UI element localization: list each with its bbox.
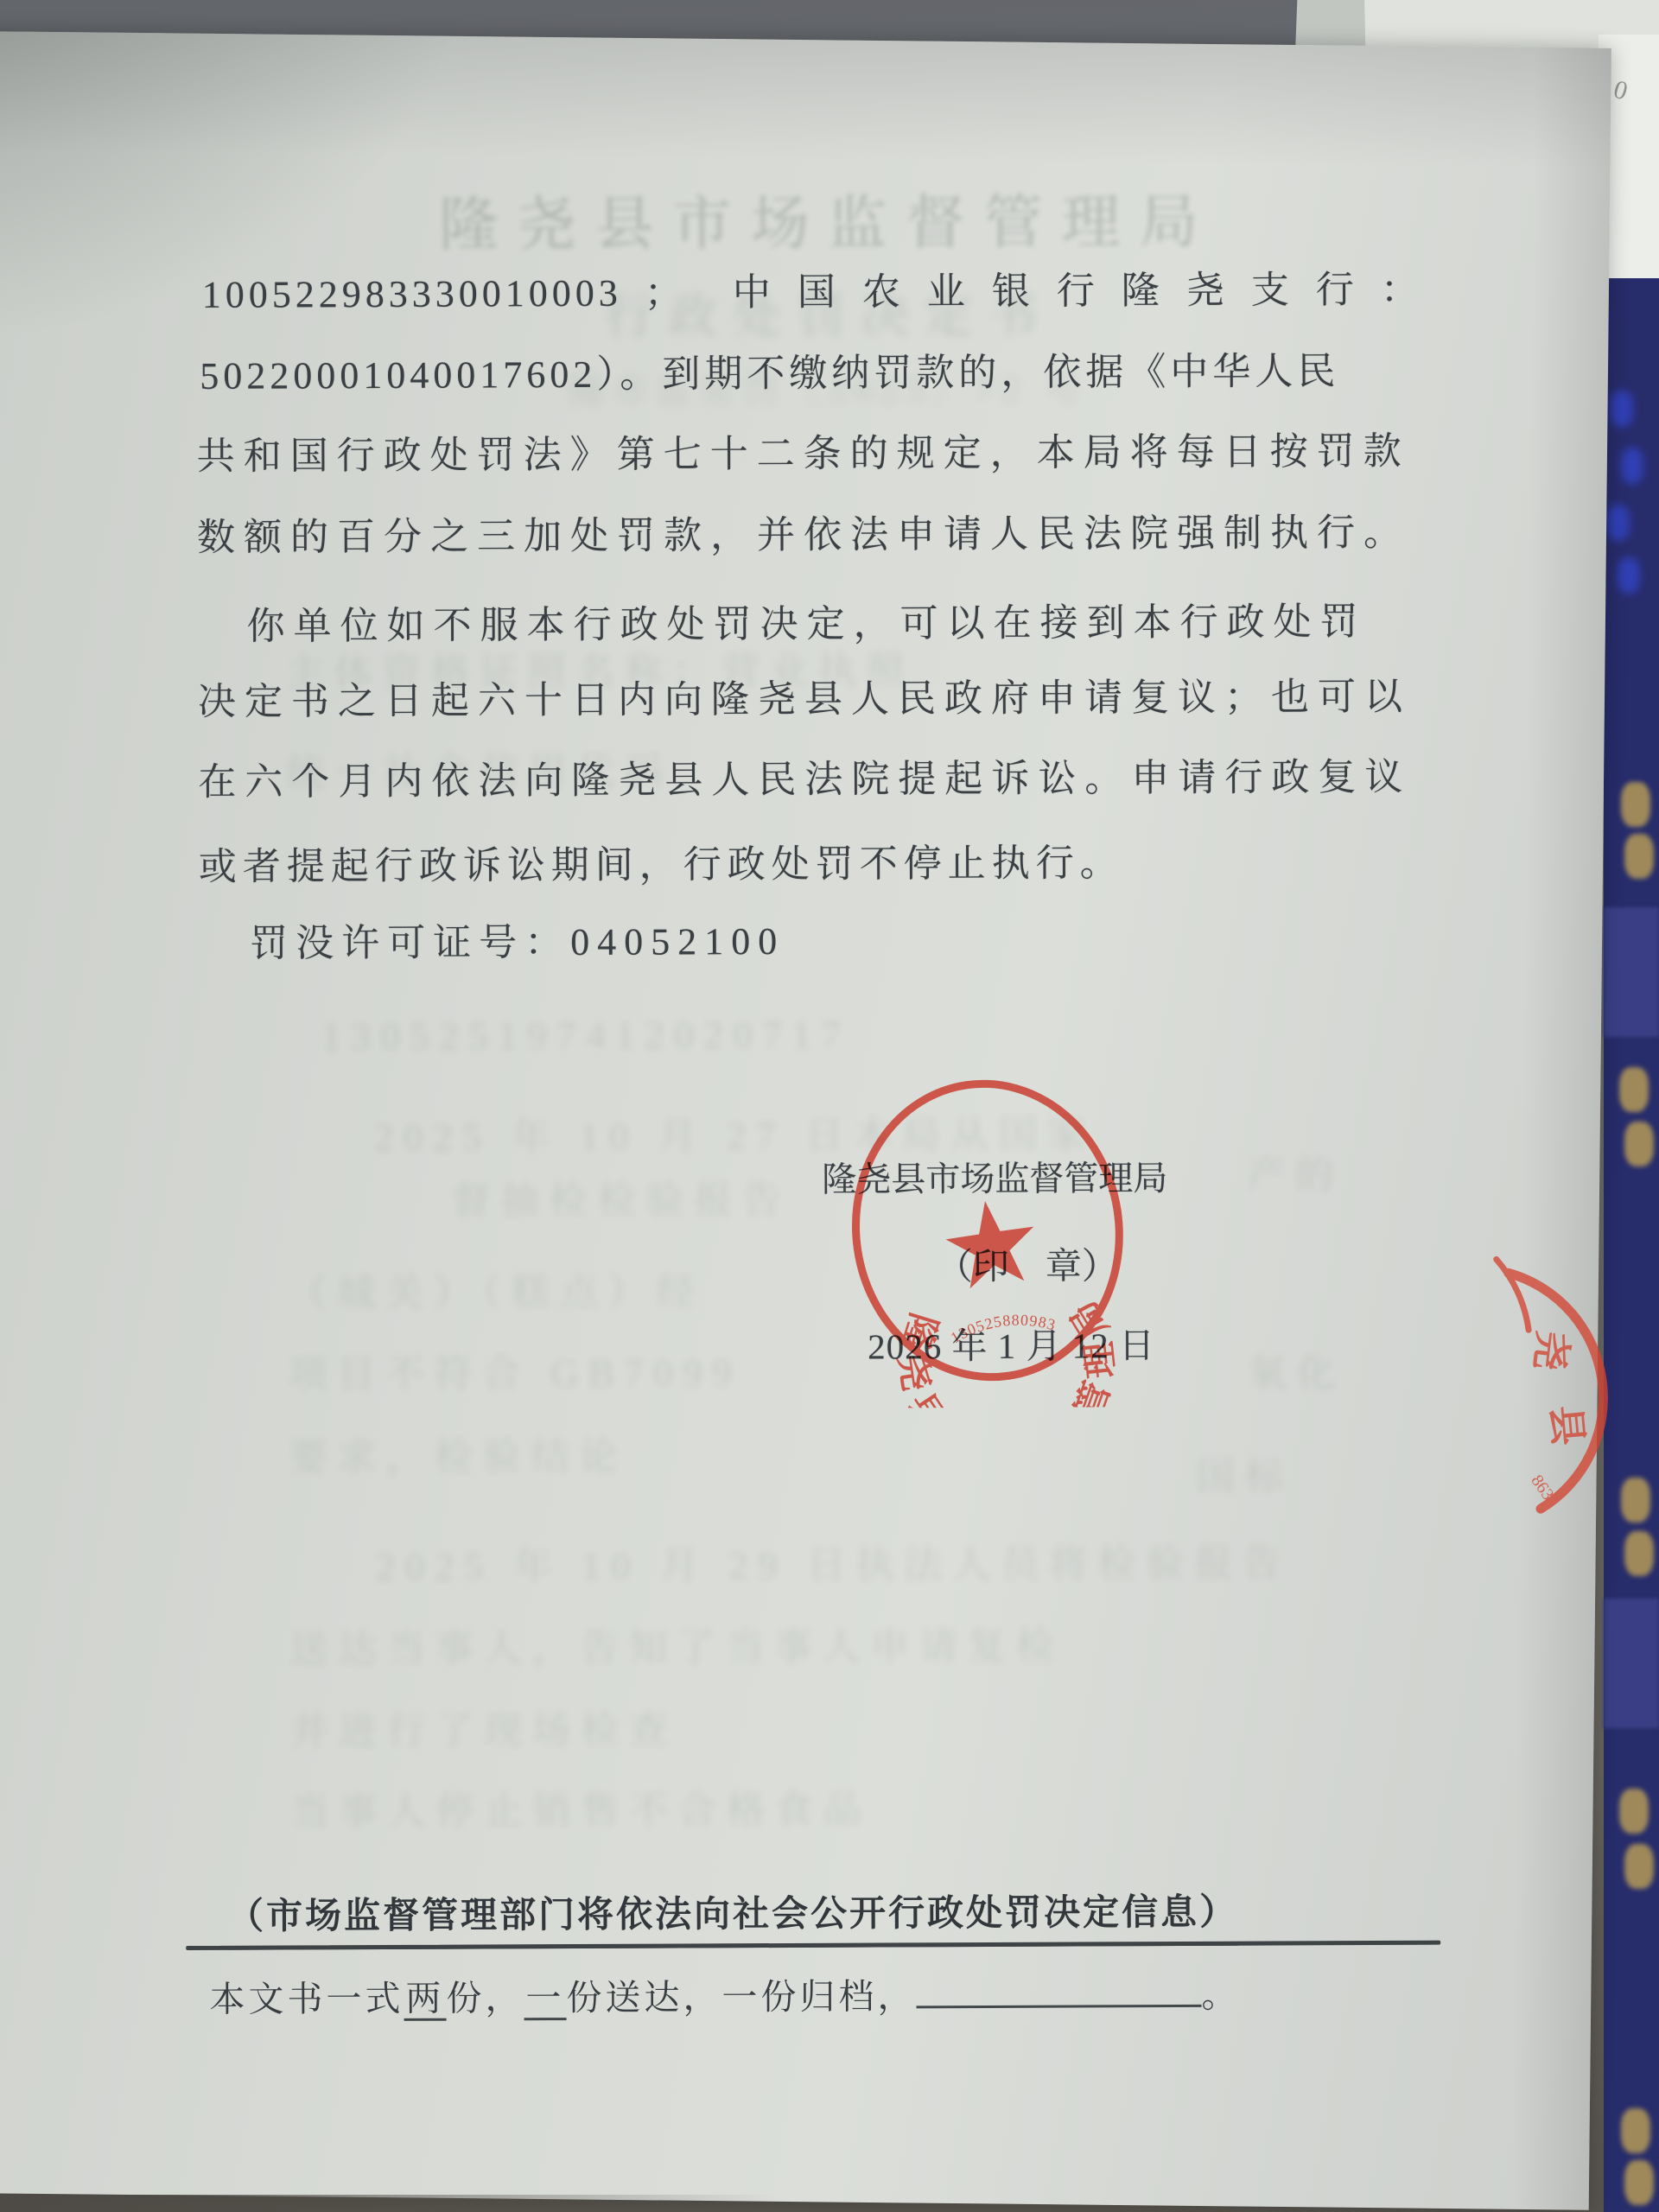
edge-seal-char-top: 尧 <box>1527 1328 1575 1373</box>
body-line-5: 你单位如不服本行政处罚决定，可以在接到本行政处罚 <box>246 590 1366 651</box>
body-line-4: 数额的百分之三加处罚款，并依法申请人民法院强制执行。 <box>197 501 1410 562</box>
bleedthrough-fragment: 国标 <box>1197 1445 1294 1500</box>
edge-seal-char-bottom: 县 <box>1543 1403 1591 1446</box>
seal-code: 1305258809831 <box>828 1061 1060 1364</box>
bleedthrough-line: 130525197412020717 <box>322 1013 851 1059</box>
body-line-8: 或者提起行政诉讼期间，行政处罚不停止执行。 <box>199 831 1124 891</box>
edge-seal-digits: 8631 <box>1527 1471 1562 1510</box>
bleedthrough-fragment: 产的 <box>1247 1143 1344 1198</box>
bleedthrough-line: 项目不符合 GB7099 <box>289 1341 741 1398</box>
body-line-3: 共和国行政处罚法》第七十二条的规定，本局将每日按罚款 <box>197 420 1410 480</box>
bleedthrough-line: 2025 年 10 月 29 日执法人员将检验报告 <box>376 1531 1291 1591</box>
copies-end-punctuation: 。 <box>1201 1975 1240 2015</box>
bleedthrough-line: 要求，检验结论 <box>289 1425 628 1482</box>
bleedthrough-title: 隆尧县市场监督管理局 <box>413 175 1243 263</box>
bank-account-number: 100522983330010003 <box>202 272 622 316</box>
edge-seam-seal: 尧 县 8631 <box>1464 1219 1638 1540</box>
copies-mid2: 份送达，一份归档， <box>566 1976 916 2018</box>
official-seal: 隆尧县市场监督管理局 1305258809831 <box>828 1061 1158 1408</box>
penalty-permit-number-line: 罚没许可证号：04052100 <box>250 910 785 968</box>
copies-distribution-line: 本文书一式两份，一份送达，一份归档，。 <box>209 1967 1240 2022</box>
document-photo: 0 隆尧县市场监督管理局 行政处罚决定书 隆市监处罚〔2025〕72 号 主体资… <box>0 0 1659 2212</box>
copies-blank-line <box>916 1972 1201 2008</box>
bank-name: 中国农业银行隆尧支行： <box>733 269 1446 315</box>
public-disclosure-notice: （市场监督管理部门将依法向社会公开行政处罚决定信息） <box>227 1884 1238 1950</box>
bleedthrough-line: 并进行了现场检查 <box>290 1699 677 1756</box>
seal-ring-text: 隆尧县市场监督管理局 <box>884 1279 1137 1408</box>
body-line-6: 决定书之日起六十日内向隆尧县人民政府申请复议；也可以 <box>198 665 1411 726</box>
bleedthrough-fragment: 氧化 <box>1248 1342 1344 1397</box>
copies-count-fill: 两 <box>404 1979 446 2021</box>
body-line-1: 100522983330010003；中国农业银行隆尧支行： <box>202 258 1446 319</box>
bleedthrough-line: 当事人停止销售不合格食品 <box>290 1778 871 1836</box>
bleedthrough-line: 送达当事人，告知了当事人申请复检 <box>290 1615 1065 1674</box>
body-line-7: 在六个月内依法向隆尧县人民法院提起诉讼。申请行政复议 <box>198 746 1411 806</box>
seal-star-icon <box>941 1195 1041 1291</box>
body-line-2: 50220001040017602）。到期不缴纳罚款的，依据《中华人民 <box>200 340 1339 400</box>
copies-serve-fill: 一 <box>524 1978 566 2020</box>
copies-prefix: 本文书一式 <box>209 1979 404 2019</box>
bleedthrough-line: （城关）（糕点）经 <box>289 1260 705 1317</box>
bleedthrough-line: 督抽检检验报告 <box>452 1168 791 1225</box>
document-content: 隆尧县市场监督管理局 行政处罚决定书 隆市监处罚〔2025〕72 号 主体资格证… <box>0 0 1659 2212</box>
separator: ； <box>645 271 683 314</box>
copies-mid1: 份， <box>446 1978 524 2018</box>
